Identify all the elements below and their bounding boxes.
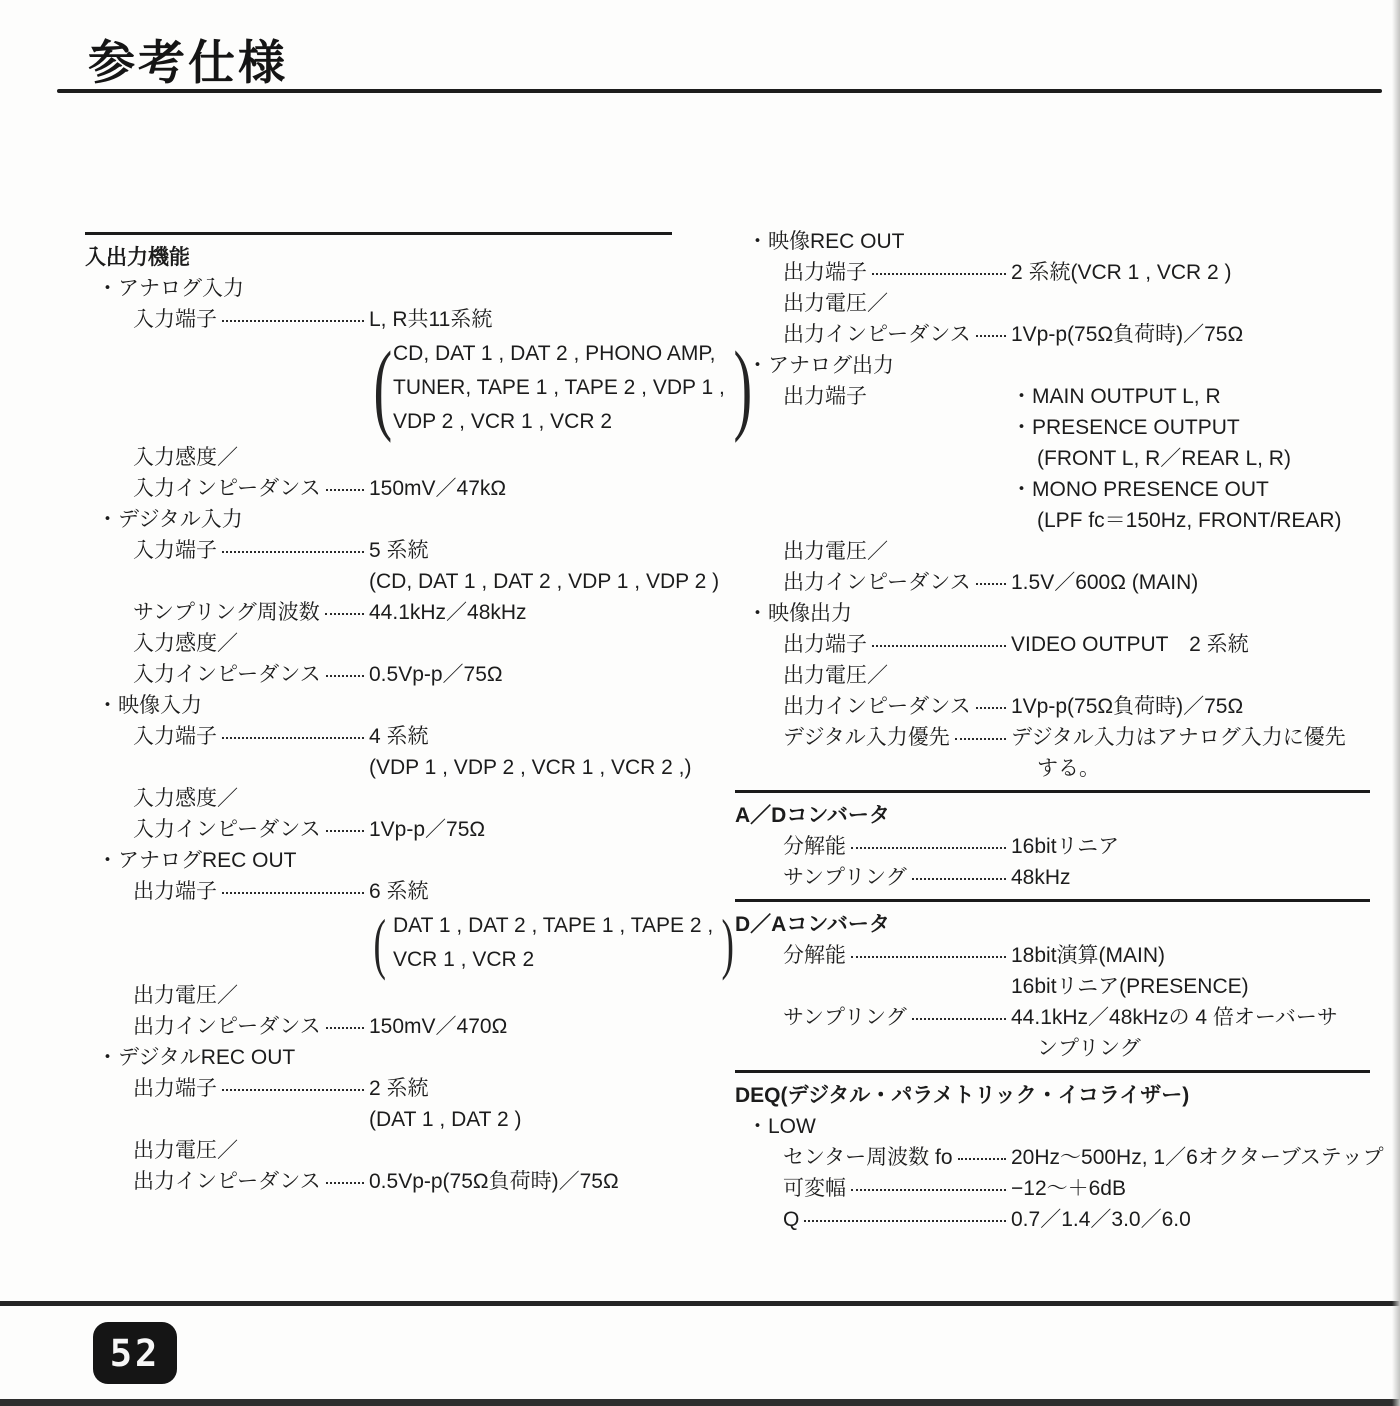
title-underline — [57, 89, 1382, 93]
spec-value: 4 系統 — [369, 721, 672, 752]
dot-leader — [872, 645, 1006, 647]
dot-leader — [326, 1182, 364, 1184]
spec-label-cell: 入力端子 — [85, 304, 369, 335]
dot-leader — [976, 583, 1006, 585]
spec-label: 出力電圧／ — [133, 980, 238, 1011]
spec-label: サンプリング — [783, 1002, 907, 1033]
spec-row: サンプリング44.1kHz／48kHzの 4 倍オーバーサ — [735, 1002, 1370, 1033]
spec-row: 入力感度／ — [85, 442, 672, 473]
spec-row: 出力電圧／ — [85, 980, 672, 1011]
spec-label: 出力インピーダンス — [133, 1011, 321, 1042]
dot-leader — [222, 1089, 364, 1091]
spec-row: 出力インピーダンス1Vp-p(75Ω負荷時)／75Ω — [735, 319, 1370, 350]
spec-label-cell — [735, 753, 1011, 784]
spec-label: 可変幅 — [783, 1173, 846, 1204]
dot-leader — [912, 878, 1006, 880]
spec-label: Q — [783, 1204, 799, 1235]
spec-label-cell — [735, 971, 1011, 1002]
spec-value: (FRONT L, R／REAR L, R) — [1011, 443, 1370, 474]
spec-value: 20Hz～500Hz, 1／6オクターブステップ — [1011, 1142, 1384, 1173]
spec-row-continuation: ンプリング — [735, 1033, 1370, 1064]
spec-row: Q0.7／1.4／3.0／6.0 — [735, 1204, 1370, 1235]
spec-label: サンプリング — [783, 862, 907, 893]
spec-row: サンプリング48kHz — [735, 862, 1370, 893]
spec-label-cell: 出力インピーダンス — [85, 1011, 369, 1042]
spec-label: 出力インピーダンス — [783, 319, 971, 350]
dot-leader — [326, 489, 364, 491]
spec-value: 1.5V／600Ω (MAIN) — [1011, 567, 1370, 598]
section-rule — [735, 899, 1370, 902]
page-title: 参考仕様 — [88, 26, 288, 93]
spec-column-right: 映像REC OUT出力端子2 系統(VCR 1 , VCR 2 )出力電圧／出力… — [735, 226, 1370, 1235]
spec-label: 分解能 — [783, 940, 846, 971]
spec-value: MONO PRESENCE OUT — [1011, 474, 1370, 505]
spec-row: 出力電圧／ — [735, 288, 1370, 319]
open-paren: ( — [374, 344, 385, 432]
spec-label: 出力インピーダンス — [783, 567, 971, 598]
spec-label: 入力インピーダンス — [133, 814, 321, 845]
spec-label-cell: 入力感度／ — [85, 628, 369, 659]
spec-value: ンプリング — [1011, 1033, 1370, 1064]
dot-leader — [958, 1158, 1006, 1160]
spec-label: 出力電圧／ — [783, 288, 888, 319]
spec-value: VDP 2 , VCR 1 , VCR 2 — [393, 405, 725, 439]
spec-value-cell: (CD, DAT 1 , DAT 2 , PHONO AMP,TUNER, TA… — [369, 335, 749, 442]
spec-subsection-label: デジタルREC OUT — [118, 1046, 295, 1069]
spec-subsection: アナログ出力 — [735, 350, 1370, 381]
spec-value-list: MAIN OUTPUT L, RPRESENCE OUTPUT(FRONT L,… — [1011, 381, 1370, 536]
spec-label: センター周波数 fo — [783, 1142, 953, 1173]
spec-subsection-label: アナログ入力 — [118, 277, 244, 300]
spec-row: 分解能18bit演算(MAIN) — [735, 940, 1370, 971]
spec-label-cell: 出力端子 — [735, 257, 1011, 288]
spec-label-cell: Q — [735, 1204, 1011, 1235]
page-number-badge: 52 — [93, 1322, 177, 1384]
spec-value: (DAT 1 , DAT 2 ) — [369, 1104, 672, 1135]
spec-label-cell: 入力インピーダンス — [85, 814, 369, 845]
spec-value: PRESENCE OUTPUT — [1011, 412, 1370, 443]
spec-label-cell: 入力感度／ — [85, 442, 369, 473]
spec-subsection: 映像REC OUT — [735, 226, 1370, 257]
spec-value: DAT 1 , DAT 2 , TAPE 1 , TAPE 2 , — [393, 909, 713, 943]
paren-group: (DAT 1 , DAT 2 , TAPE 1 , TAPE 2 ,VCR 1 … — [369, 909, 737, 977]
spec-label-cell — [85, 566, 369, 597]
spec-label-cell: 出力端子 — [735, 629, 1011, 660]
spec-subsection-label: 映像出力 — [768, 602, 852, 625]
spec-label-cell: 出力端子 — [735, 381, 1011, 536]
spec-label-cell: 入力端子 — [85, 535, 369, 566]
dot-leader — [222, 737, 364, 739]
spec-label-cell: 出力端子 — [85, 876, 369, 907]
dot-leader — [851, 847, 1006, 849]
spec-value: 44.1kHz／48kHz — [369, 597, 672, 628]
spec-label-cell: 出力インピーダンス — [85, 1166, 369, 1197]
spec-value: 150mV／470Ω — [369, 1011, 672, 1042]
spec-label-cell: 分解能 — [735, 940, 1011, 971]
spec-row: 出力インピーダンス1.5V／600Ω (MAIN) — [735, 567, 1370, 598]
spec-value: 6 系統 — [369, 876, 672, 907]
spec-value: する。 — [1011, 753, 1370, 784]
spec-row-continuation: (CD, DAT 1 , DAT 2 , VDP 1 , VDP 2 ) — [85, 566, 672, 597]
spec-row: 入力端子4 系統 — [85, 721, 672, 752]
spec-label-cell — [85, 752, 369, 783]
spec-label: 入力端子 — [133, 721, 217, 752]
spec-subsection: LOW — [735, 1111, 1370, 1142]
spec-subsection-label: 映像REC OUT — [768, 230, 905, 253]
spec-value: 16bitリニア(PRESENCE) — [1011, 971, 1370, 1002]
spec-subsection-label: LOW — [768, 1115, 816, 1138]
spec-subsection: デジタル入力 — [85, 504, 672, 535]
spec-value: 0.7／1.4／3.0／6.0 — [1011, 1204, 1370, 1235]
page-edge-right — [1392, 0, 1400, 1406]
dot-leader — [804, 1220, 1006, 1222]
paren-lines: CD, DAT 1 , DAT 2 , PHONO AMP,TUNER, TAP… — [389, 337, 729, 439]
spec-value: 1Vp-p(75Ω負荷時)／75Ω — [1011, 691, 1370, 722]
spec-label: 入力インピーダンス — [133, 473, 321, 504]
dot-leader — [326, 1027, 364, 1029]
spec-label: 出力端子 — [133, 876, 217, 907]
page-bottom-edge — [0, 1399, 1400, 1406]
spec-label-cell: 入力端子 — [85, 721, 369, 752]
spec-label: 出力電圧／ — [133, 1135, 238, 1166]
spec-value: 5 系統 — [369, 535, 672, 566]
spec-label-cell: 出力インピーダンス — [735, 319, 1011, 350]
dot-leader — [222, 320, 364, 322]
spec-label-cell: 入力インピーダンス — [85, 473, 369, 504]
paren-lines: DAT 1 , DAT 2 , TAPE 1 , TAPE 2 ,VCR 1 ,… — [389, 909, 717, 977]
page-number: 52 — [110, 1332, 161, 1375]
spec-label: 出力電圧／ — [783, 536, 888, 567]
spec-label-cell: サンプリング周波数 — [85, 597, 369, 628]
spec-value: 0.5Vp-p／75Ω — [369, 659, 672, 690]
spec-label: 入力端子 — [133, 535, 217, 566]
spec-row-continuation: する。 — [735, 753, 1370, 784]
spec-row: 出力端子2 系統 — [85, 1073, 672, 1104]
spec-row-paren-group: (DAT 1 , DAT 2 , TAPE 1 , TAPE 2 ,VCR 1 … — [85, 907, 672, 980]
spec-row-paren-group: (CD, DAT 1 , DAT 2 , PHONO AMP,TUNER, TA… — [85, 335, 672, 442]
spec-label: 出力インピーダンス — [783, 691, 971, 722]
spec-row: 入力インピーダンス0.5Vp-p／75Ω — [85, 659, 672, 690]
spec-subsection-label: アナログREC OUT — [118, 849, 297, 872]
spec-value: 48kHz — [1011, 862, 1370, 893]
spec-label-cell: 入力感度／ — [85, 783, 369, 814]
spec-value: 44.1kHz／48kHzの 4 倍オーバーサ — [1011, 1002, 1370, 1033]
spec-label: 出力端子 — [133, 1073, 217, 1104]
section-rule — [735, 1070, 1370, 1073]
spec-label: 出力端子 — [783, 381, 867, 412]
close-paren: ) — [722, 914, 733, 972]
spec-subsection: デジタルREC OUT — [85, 1042, 672, 1073]
spec-row-value-list: 出力端子MAIN OUTPUT L, RPRESENCE OUTPUT(FRON… — [735, 381, 1370, 536]
spec-label-cell: 出力電圧／ — [85, 1135, 369, 1166]
spec-label-cell: センター周波数 fo — [735, 1142, 1011, 1173]
dot-leader — [976, 335, 1006, 337]
close-paren: ) — [733, 344, 744, 432]
spec-label-cell: 出力電圧／ — [85, 980, 369, 1011]
spec-label: 出力インピーダンス — [133, 1166, 321, 1197]
spec-label-cell: 可変幅 — [735, 1173, 1011, 1204]
spec-value: 18bit演算(MAIN) — [1011, 940, 1370, 971]
spec-column-left: 入出力機能アナログ入力入力端子L, R共11系統(CD, DAT 1 , DAT… — [85, 226, 672, 1235]
spec-row: 出力電圧／ — [735, 660, 1370, 691]
spec-value: MAIN OUTPUT L, R — [1011, 381, 1370, 412]
spec-value: VCR 1 , VCR 2 — [393, 943, 713, 977]
spec-label-cell: 出力電圧／ — [735, 288, 1011, 319]
spec-label-cell: サンプリング — [735, 1002, 1011, 1033]
spec-row: 出力インピーダンス1Vp-p(75Ω負荷時)／75Ω — [735, 691, 1370, 722]
spec-subsection: 映像入力 — [85, 690, 672, 721]
spec-subsection: 映像出力 — [735, 598, 1370, 629]
spec-label-cell: 分解能 — [735, 831, 1011, 862]
spec-value: 2 系統(VCR 1 , VCR 2 ) — [1011, 257, 1370, 288]
spec-row: 出力インピーダンス150mV／470Ω — [85, 1011, 672, 1042]
spec-value: デジタル入力はアナログ入力に優先 — [1011, 722, 1370, 753]
spec-row: 入力インピーダンス1Vp-p／75Ω — [85, 814, 672, 845]
spec-row: 出力電圧／ — [735, 536, 1370, 567]
spec-label-cell: 出力端子 — [85, 1073, 369, 1104]
spec-row: 可変幅−12～＋6dB — [735, 1173, 1370, 1204]
spec-row: 入力端子5 系統 — [85, 535, 672, 566]
spec-row: 出力電圧／ — [85, 1135, 672, 1166]
dot-leader — [325, 613, 364, 615]
spec-value: 1Vp-p(75Ω負荷時)／75Ω — [1011, 319, 1370, 350]
spec-value: 0.5Vp-p(75Ω負荷時)／75Ω — [369, 1166, 672, 1197]
spec-row: 入力感度／ — [85, 628, 672, 659]
dot-leader — [912, 1018, 1006, 1020]
spec-row-continuation: 16bitリニア(PRESENCE) — [735, 971, 1370, 1002]
spec-value: (VDP 1 , VDP 2 , VCR 1 , VCR 2 ,) — [369, 752, 692, 783]
spec-value: 1Vp-p／75Ω — [369, 814, 672, 845]
spec-label: 入力感度／ — [133, 783, 238, 814]
footer-rule — [0, 1301, 1400, 1306]
section-header: DEQ(デジタル・パラメトリック・イコライザー) — [735, 1080, 1370, 1111]
spec-value: TUNER, TAPE 1 , TAPE 2 , VDP 1 , — [393, 371, 725, 405]
spec-value-cell: (DAT 1 , DAT 2 , TAPE 1 , TAPE 2 ,VCR 1 … — [369, 907, 737, 980]
spec-value: 150mV／47kΩ — [369, 473, 672, 504]
spec-value: 16bitリニア — [1011, 831, 1370, 862]
spec-label: 出力端子 — [783, 629, 867, 660]
spec-label: 入力インピーダンス — [133, 659, 321, 690]
spec-label: 分解能 — [783, 831, 846, 862]
spec-subsection-label: アナログ出力 — [768, 354, 894, 377]
dot-leader — [872, 273, 1006, 275]
spec-row: サンプリング周波数44.1kHz／48kHz — [85, 597, 672, 628]
spec-columns: 入出力機能アナログ入力入力端子L, R共11系統(CD, DAT 1 , DAT… — [85, 226, 1370, 1235]
spec-value: 2 系統 — [369, 1073, 672, 1104]
spec-label-cell: 出力インピーダンス — [735, 567, 1011, 598]
spec-label: 出力端子 — [783, 257, 867, 288]
section-header: A／Dコンバータ — [735, 800, 1370, 831]
spec-label-cell — [85, 335, 369, 442]
spec-label-cell — [735, 1033, 1011, 1064]
spec-label: サンプリング周波数 — [133, 597, 320, 628]
spec-label: 入力端子 — [133, 304, 217, 335]
spec-row: 出力インピーダンス0.5Vp-p(75Ω負荷時)／75Ω — [85, 1166, 672, 1197]
spec-label-cell: 入力インピーダンス — [85, 659, 369, 690]
spec-row: 出力端子6 系統 — [85, 876, 672, 907]
spec-label-cell: 出力電圧／ — [735, 660, 1011, 691]
spec-label-cell: サンプリング — [735, 862, 1011, 893]
spec-value: CD, DAT 1 , DAT 2 , PHONO AMP, — [393, 337, 725, 371]
spec-label: 入力感度／ — [133, 628, 238, 659]
dot-leader — [955, 738, 1006, 740]
dot-leader — [976, 707, 1006, 709]
spec-value: L, R共11系統 — [369, 304, 672, 335]
dot-leader — [851, 956, 1006, 958]
spec-label-cell — [85, 907, 369, 980]
dot-leader — [222, 892, 364, 894]
spec-value: (LPF fc＝150Hz, FRONT/REAR) — [1011, 505, 1370, 536]
spec-label-cell: デジタル入力優先 — [735, 722, 1011, 753]
spec-row: 入力インピーダンス150mV／47kΩ — [85, 473, 672, 504]
spec-label-cell: 出力電圧／ — [735, 536, 1011, 567]
spec-value: (CD, DAT 1 , DAT 2 , VDP 1 , VDP 2 ) — [369, 566, 719, 597]
section-header: D／Aコンバータ — [735, 909, 1370, 940]
section-header: 入出力機能 — [85, 242, 672, 273]
spec-value: −12～＋6dB — [1011, 1173, 1370, 1204]
dot-leader — [222, 551, 364, 553]
spec-row: 出力端子2 系統(VCR 1 , VCR 2 ) — [735, 257, 1370, 288]
spec-value: VIDEO OUTPUT 2 系統 — [1011, 629, 1370, 660]
spec-subsection: アナログ入力 — [85, 273, 672, 304]
spec-label-cell — [85, 1104, 369, 1135]
dot-leader — [326, 675, 364, 677]
spec-row: 入力感度／ — [85, 783, 672, 814]
spec-row: 出力端子VIDEO OUTPUT 2 系統 — [735, 629, 1370, 660]
spec-subsection: アナログREC OUT — [85, 845, 672, 876]
spec-subsection-label: デジタル入力 — [118, 508, 243, 531]
dot-leader — [851, 1189, 1006, 1191]
spec-row-continuation: (VDP 1 , VDP 2 , VCR 1 , VCR 2 ,) — [85, 752, 672, 783]
section-rule — [735, 790, 1370, 793]
spec-row: 分解能16bitリニア — [735, 831, 1370, 862]
spec-label: 入力感度／ — [133, 442, 238, 473]
spec-row: センター周波数 fo20Hz～500Hz, 1／6オクターブステップ — [735, 1142, 1370, 1173]
section-rule — [85, 232, 672, 235]
spec-label: デジタル入力優先 — [783, 722, 950, 753]
open-paren: ( — [374, 914, 385, 972]
manual-page: 参考仕様 入出力機能アナログ入力入力端子L, R共11系統(CD, DAT 1 … — [0, 0, 1400, 1406]
paren-group: (CD, DAT 1 , DAT 2 , PHONO AMP,TUNER, TA… — [369, 337, 749, 439]
spec-subsection-label: 映像入力 — [118, 694, 202, 717]
spec-label-cell: 出力インピーダンス — [735, 691, 1011, 722]
spec-label: 出力電圧／ — [783, 660, 888, 691]
spec-row-continuation: (DAT 1 , DAT 2 ) — [85, 1104, 672, 1135]
spec-row: デジタル入力優先デジタル入力はアナログ入力に優先 — [735, 722, 1370, 753]
dot-leader — [326, 830, 364, 832]
